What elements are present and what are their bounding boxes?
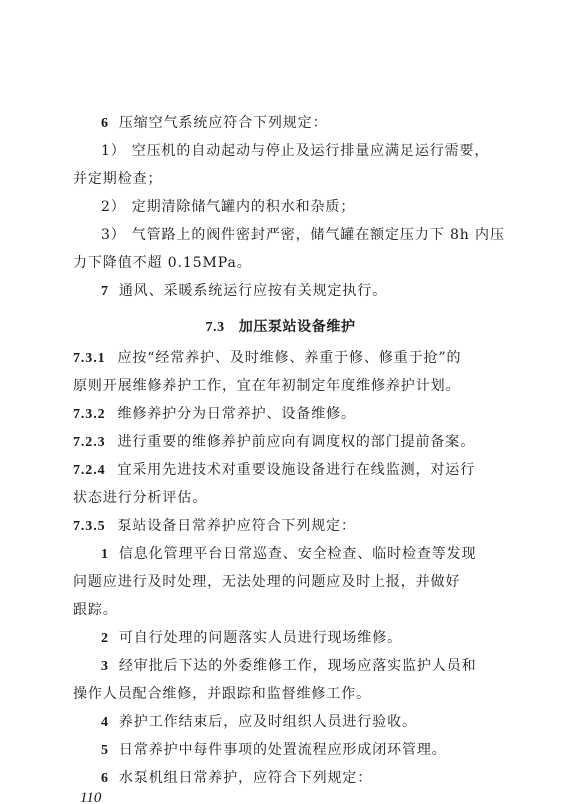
item-text: 通风、采暖系统运行应按有关规定执行。: [119, 283, 387, 299]
clause-7-3-5-item-4b: 4养护工作结束后，应及时组织人员进行验收。: [101, 713, 521, 732]
item-number: 3: [101, 659, 109, 674]
clause-7-3-5-item-3: 3经审批后下达的外委维修工作，现场应落实监护人员和: [101, 657, 521, 676]
sub-item-2: 2）定期清除储气罐内的积水和杂质；: [101, 198, 521, 216]
clause-7-3-1-cont: 原则开展维修养护工作，宜在年初制定年度维修养护计划。: [73, 377, 493, 395]
item-7-ventilation: 7通风、采暖系统运行应按有关规定执行。: [101, 282, 521, 301]
clause-number: 7.3.5: [73, 519, 106, 534]
sub-item-3: 3）气管路上的阀件密封严密，储气罐在额定压力下 8h 内压: [101, 226, 521, 244]
clause-7-3-1: 7.3.1应按“经常养护、及时维修、养重于修、修重于抢”的: [73, 349, 493, 368]
item-text: 并定期检查；: [73, 171, 162, 187]
item-text: 问题应进行及时处理，无法处理的问题应及时上报，并做好: [73, 574, 460, 590]
clause-text: 宜采用先进技术对重要设施设备进行在线监测，对运行: [118, 462, 476, 478]
item-text: 信息化管理平台日常巡查、安全检查、临时检查等发现: [119, 546, 477, 562]
item-text: 空压机的自动起动与停止及运行排量应满足运行需要，: [132, 143, 490, 159]
item-number: 7: [101, 284, 109, 299]
item-number: 6: [101, 116, 109, 131]
item-number: 2）: [101, 199, 126, 215]
clause-7-3-5-item-5: 5日常养护中每件事项的处置流程应形成闭环管理。: [101, 741, 521, 760]
clause-7-3-5: 7.3.5泵站设备日常养护应符合下列规定：: [73, 517, 493, 536]
clause-number: 7.3.1: [73, 351, 106, 366]
item-text: 气管路上的阀件密封严密，储气罐在额定压力下 8h 内压: [132, 227, 505, 243]
item-number: 3）: [101, 227, 126, 243]
item-number: 1: [101, 547, 109, 562]
clause-text: 泵站设备日常养护应符合下列规定：: [118, 518, 356, 534]
clause-7-3-5-item-6: 6水泵机组日常养护，应符合下列规定：: [101, 769, 521, 788]
clause-number: 7.2.4: [73, 463, 106, 478]
clause-7-3-5-item-1-cont: 问题应进行及时处理，无法处理的问题应及时上报，并做好: [73, 573, 493, 591]
item-text: 经审批后下达的外委维修工作，现场应落实监护人员和: [119, 658, 477, 674]
clause-7-3-5-item-1: 1信息化管理平台日常巡查、安全检查、临时检查等发现: [101, 545, 521, 564]
clause-7-3-2: 7.3.2维修养护分为日常养护、设备维修。: [73, 405, 493, 424]
item-number: 4: [101, 715, 109, 730]
clause-text: 进行重要的维修养护前应向有调度权的部门提前备案。: [118, 434, 476, 450]
document-page: 6压缩空气系统应符合下列规定： 1）空压机的自动起动与停止及运行排量应满足运行需…: [0, 0, 561, 804]
item-number: 1）: [101, 143, 126, 159]
clause-text: 维修养护分为日常养护、设备维修。: [118, 406, 356, 422]
item-number: 2: [101, 631, 109, 646]
item-text: 可自行处理的问题落实人员进行现场维修。: [119, 630, 402, 646]
section-number: 7.3: [205, 320, 224, 335]
clause-7-3-5-item-2: 2可自行处理的问题落实人员进行现场维修。: [101, 629, 521, 648]
item-number: 5: [101, 743, 109, 758]
clause-number: 7.2.3: [73, 435, 106, 450]
clause-text: 状态进行分析评估。: [73, 490, 207, 506]
clause-text: 原则开展维修养护工作，宜在年初制定年度维修养护计划。: [73, 378, 460, 394]
item-text: 定期清除储气罐内的积水和杂质；: [132, 199, 356, 215]
item-text: 力下降值不超 0.15MPa。: [73, 255, 252, 271]
item-6-compressed-air: 6压缩空气系统应符合下列规定：: [101, 114, 521, 133]
item-text: 操作人员配合维修，并跟踪和监督维修工作。: [73, 686, 371, 702]
clause-7-3-5-item-1-cont2: 跟踪。: [73, 601, 493, 619]
item-text: 水泵机组日常养护，应符合下列规定：: [119, 770, 372, 786]
page-number: 110: [80, 790, 101, 804]
item-text: 养护工作结束后，应及时组织人员进行验收。: [119, 714, 417, 730]
clause-number: 7.3.2: [73, 407, 106, 422]
clause-text: 应按“经常养护、及时维修、养重于修、修重于抢”的: [118, 350, 462, 366]
sub-item-1-cont: 并定期检查；: [73, 170, 493, 188]
sub-item-1: 1）空压机的自动起动与停止及运行排量应满足运行需要，: [101, 142, 521, 160]
sub-item-3-cont: 力下降值不超 0.15MPa。: [73, 254, 493, 272]
section-title: 加压泵站设备维护: [239, 319, 356, 335]
clause-7-2-4: 7.2.4宜采用先进技术对重要设施设备进行在线监测，对运行: [73, 461, 493, 480]
item-text: 日常养护中每件事项的处置流程应形成闭环管理。: [119, 742, 447, 758]
item-text: 压缩空气系统应符合下列规定：: [119, 115, 328, 131]
section-heading-7-3: 7.3加压泵站设备维护: [0, 316, 561, 336]
item-number: 6: [101, 771, 109, 786]
item-text: 跟踪。: [73, 602, 118, 618]
clause-7-3-5-item-3-cont: 操作人员配合维修，并跟踪和监督维修工作。: [73, 685, 493, 703]
clause-7-2-4-cont: 状态进行分析评估。: [73, 489, 493, 507]
clause-7-2-3: 7.2.3进行重要的维修养护前应向有调度权的部门提前备案。: [73, 433, 493, 452]
